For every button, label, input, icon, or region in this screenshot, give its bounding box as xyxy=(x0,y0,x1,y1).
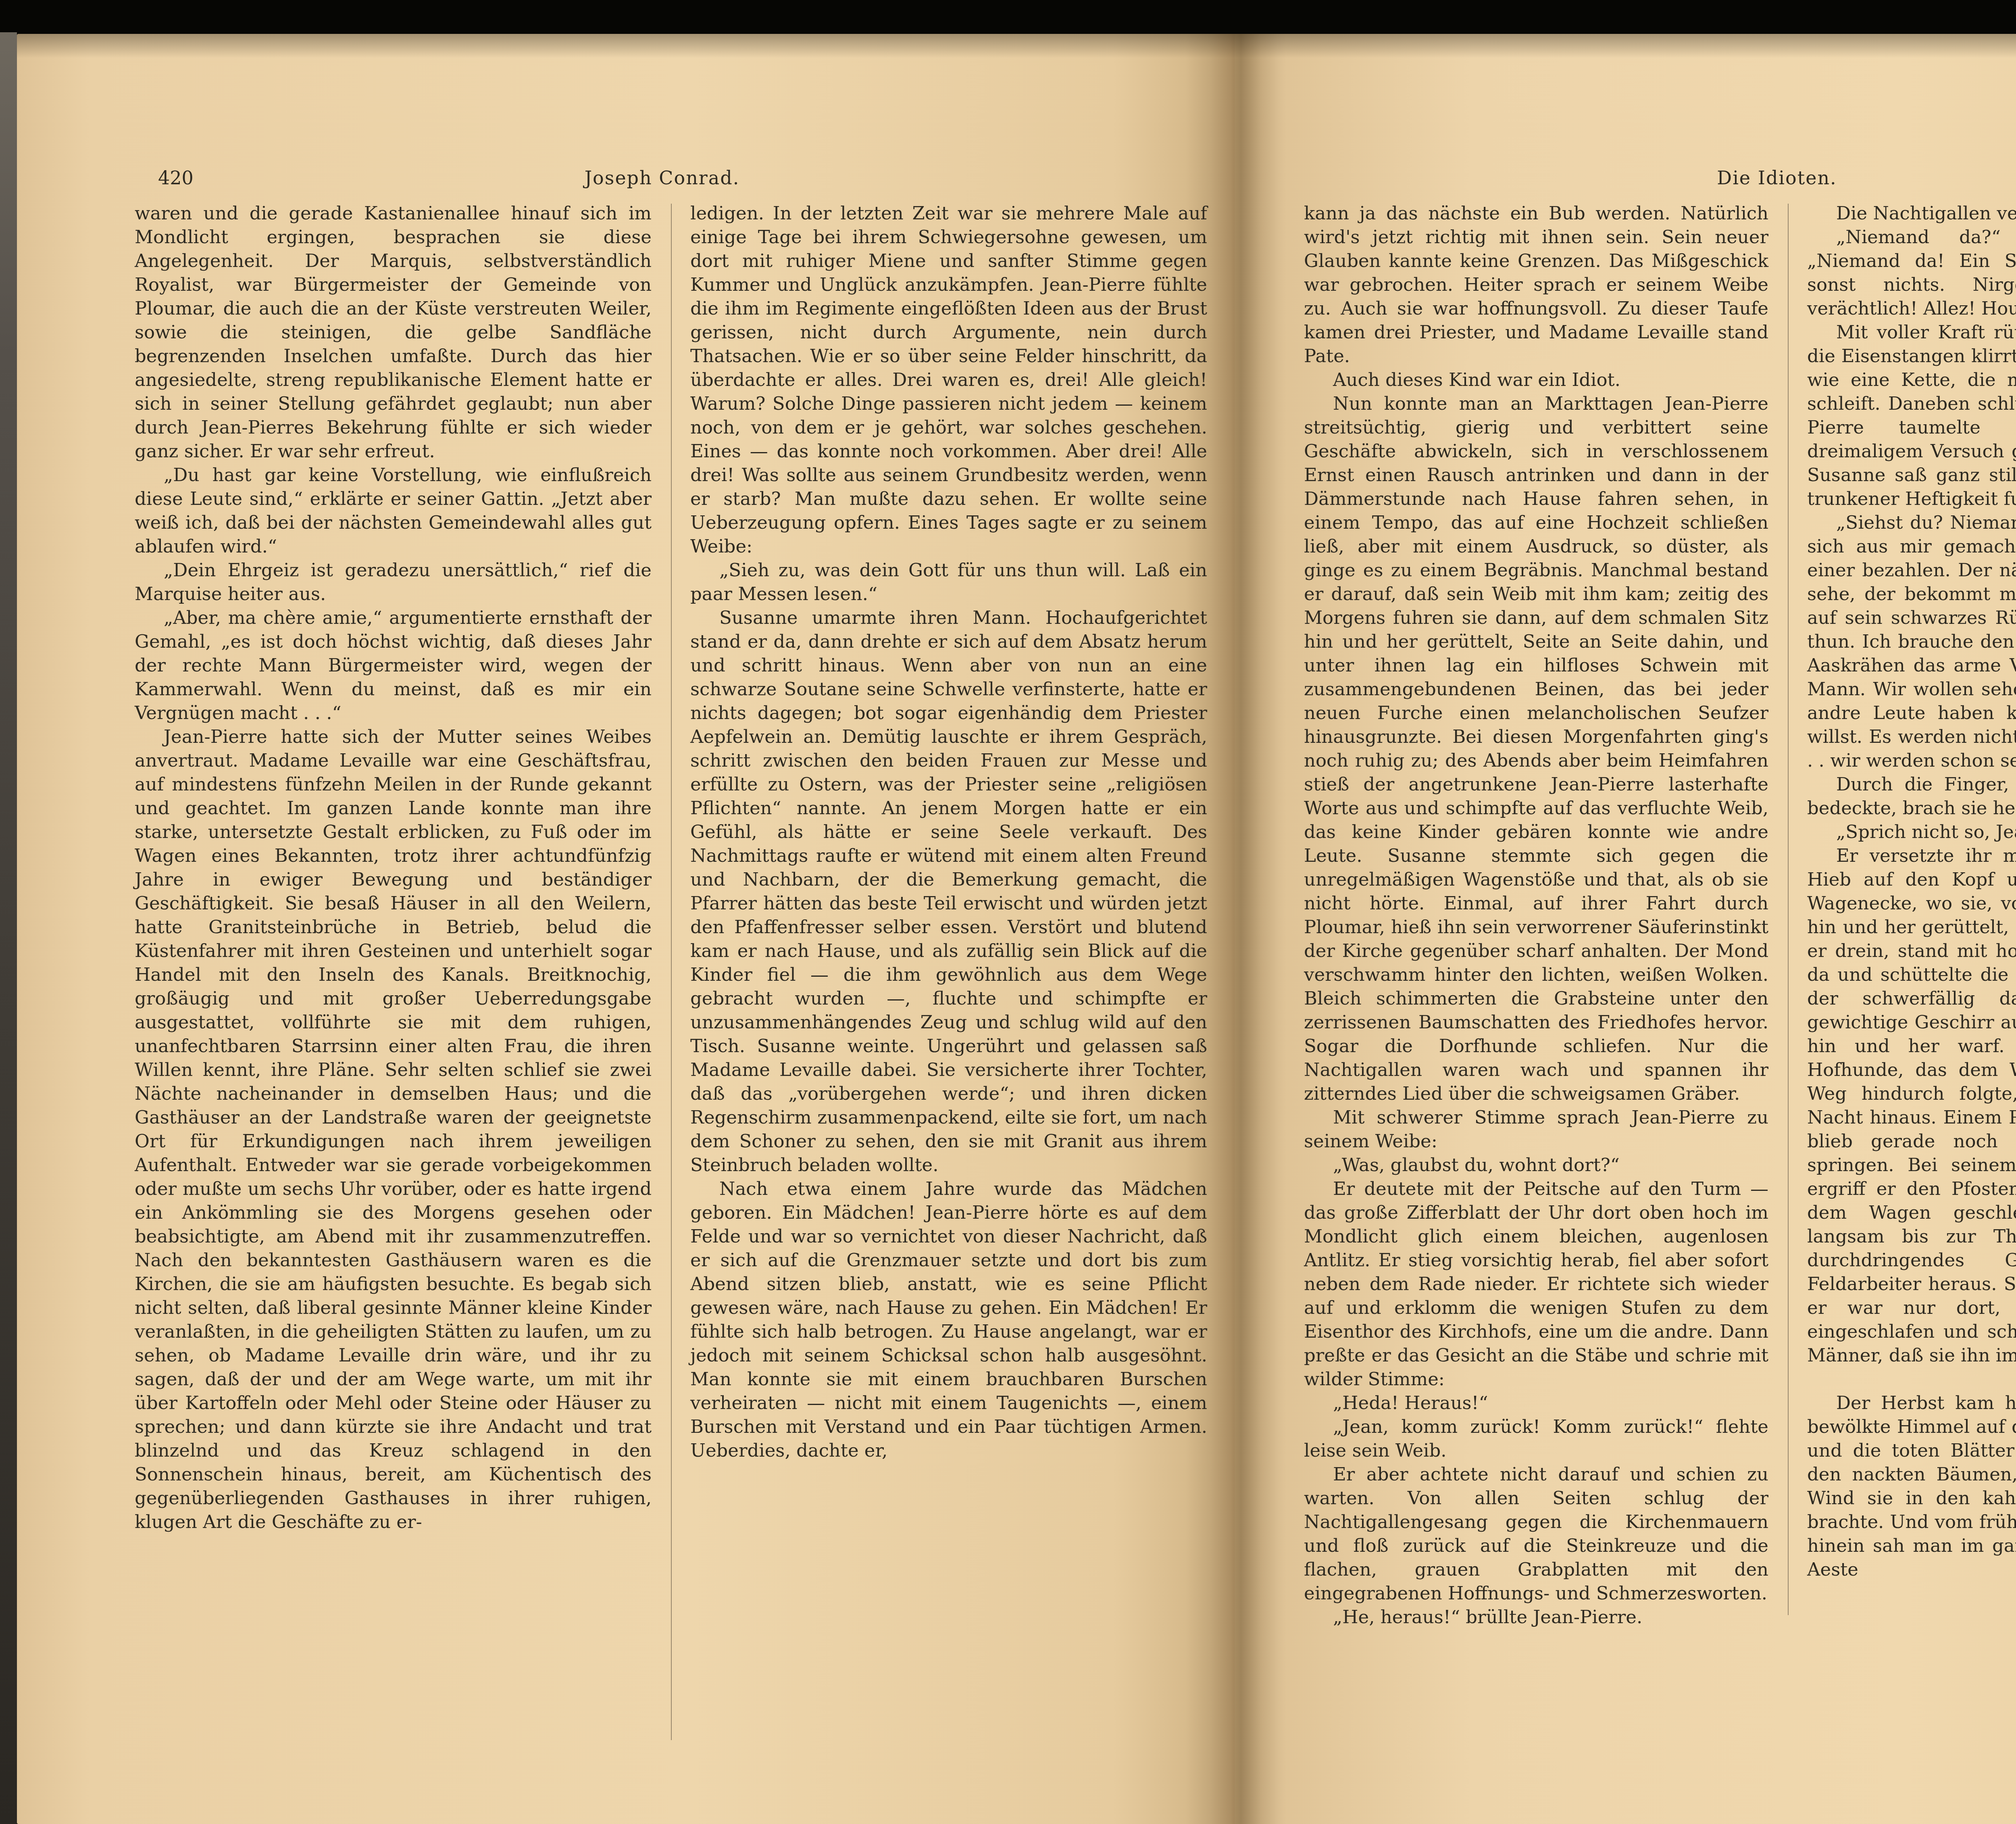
paragraph: „Aber, ma chère amie,“ argumentierte ern… xyxy=(135,606,652,725)
paragraph: waren und die gerade Kastanienallee hina… xyxy=(135,201,652,463)
text-column-3: kann ja das nächste ein Bub werden. Natü… xyxy=(1304,201,1768,1629)
text-block-left: waren und die gerade Kastanienallee hina… xyxy=(135,201,1207,1534)
paragraph: Er deutete mit der Peitsche auf den Turm… xyxy=(1304,1177,1768,1391)
paragraph: „Heda! Heraus!“ xyxy=(1304,1391,1768,1415)
paragraph: Mit schwerer Stimme sprach Jean-Pierre z… xyxy=(1304,1105,1768,1153)
paragraph: Nun konnte man an Markttagen Jean-Pierre… xyxy=(1304,392,1768,1105)
paragraph: „Niemand da?“ fuhr Jean-Pierre fort. „Ni… xyxy=(1807,225,2016,320)
paragraph: Mit voller Kraft rüttelte er an dem Thor… xyxy=(1807,320,2016,511)
paragraph: „Dein Ehrgeiz ist geradezu unersättlich,… xyxy=(135,558,652,606)
column-divider-rule xyxy=(1788,204,1789,1615)
paragraph: „Jean, komm zurück! Komm zurück!“ flehte… xyxy=(1304,1415,1768,1462)
text-column-4: Die Nachtigallen verstummten.„Niemand da… xyxy=(1807,201,2016,1629)
paragraph: „Du hast gar keine Vorstellung, wie einf… xyxy=(135,463,652,558)
paragraph: Der Herbst kam heran. Tief senkte sich d… xyxy=(1807,1391,2016,1581)
book-scan-photo: 420 Joseph Conrad. waren und die gerade … xyxy=(0,0,2016,1824)
paragraph: Jean-Pierre hatte sich der Mutter seines… xyxy=(135,725,652,1534)
column-divider-rule xyxy=(671,204,672,1740)
page-header-right: Die Idioten. 421 xyxy=(1303,167,2016,195)
paragraph: ledigen. In der letzten Zeit war sie meh… xyxy=(690,201,1207,558)
paragraph: Auch dieses Kind war ein Idiot. xyxy=(1304,368,1768,392)
paragraph: „Sprich nicht so, Jean; sprich nicht so,… xyxy=(1807,820,2016,844)
paragraph: Die Nachtigallen verstummten. xyxy=(1807,201,2016,225)
book-cover-left-edge xyxy=(0,32,17,1824)
paragraph: Er aber achtete nicht darauf und schien … xyxy=(1304,1462,1768,1605)
paragraph: Susanne umarmte ihren Mann. Hochaufgeric… xyxy=(690,606,1207,1177)
page-left-420: 420 Joseph Conrad. waren und die gerade … xyxy=(17,34,1235,1824)
paragraph: Er versetzte ihr mit dem Handrücken eine… xyxy=(1807,844,2016,1367)
paragraph: „Sieh zu, was dein Gott für uns thun wil… xyxy=(690,558,1207,606)
running-header-title: Die Idioten. xyxy=(1303,167,2016,189)
text-column-1: waren und die gerade Kastanienallee hina… xyxy=(135,201,652,1534)
running-header-author: Joseph Conrad. xyxy=(134,167,1190,189)
paragraph: „He, heraus!“ brüllte Jean-Pierre. xyxy=(1304,1605,1768,1629)
paragraph: Durch die Finger, mit denen sie das Antl… xyxy=(1807,772,2016,820)
paragraph: Nach etwa einem Jahre wurde das Mädchen … xyxy=(690,1177,1207,1462)
text-column-2: ledigen. In der letzten Zeit war sie meh… xyxy=(690,201,1207,1534)
text-block-right: kann ja das nächste ein Bub werden. Natü… xyxy=(1304,201,2016,1629)
page-right-421: Die Idioten. 421 kann ja das nächste ein… xyxy=(1235,34,2016,1824)
paragraph: kann ja das nächste ein Bub werden. Natü… xyxy=(1304,201,1768,368)
paragraph: „Was, glaubst du, wohnt dort?“ xyxy=(1304,1153,1768,1177)
page-header-left: 420 Joseph Conrad. xyxy=(134,167,1190,195)
paragraph: „Siehst du? Niemand! Einen Narren haben … xyxy=(1807,511,2016,772)
